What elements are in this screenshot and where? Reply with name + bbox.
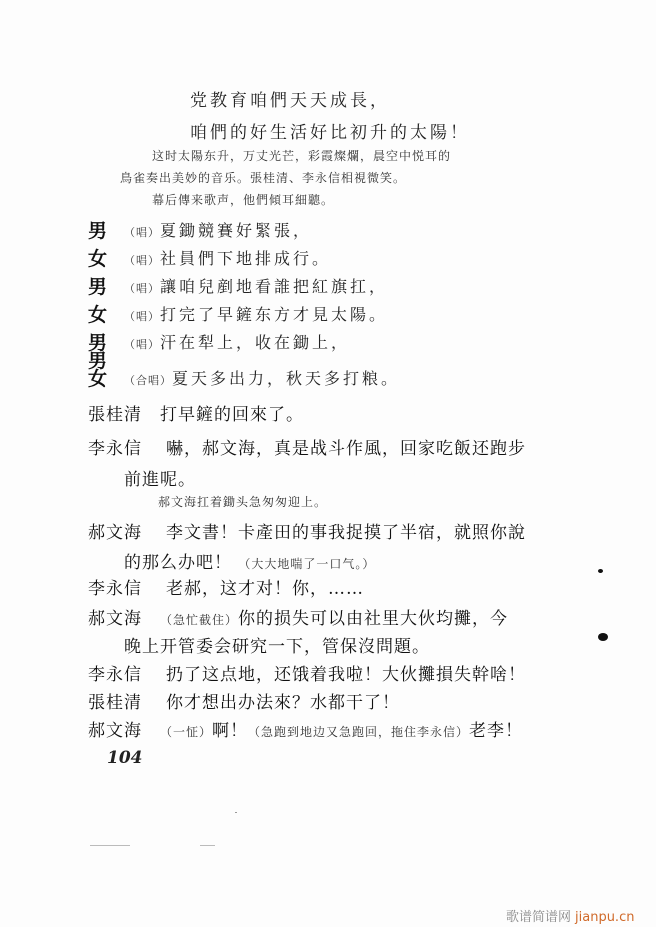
dialogue-speaker: 李永信 xyxy=(88,574,142,599)
dialogue-speaker: 郝文海 xyxy=(88,604,142,629)
dialogue-continuation-direction: （大大地喘了一口气。） xyxy=(238,557,375,571)
stage-direction-line-1: 这时太陽东升，万丈光芒，彩霞燦爛，晨空中悦耳的 xyxy=(152,147,451,164)
dialogue-continuation: 晚上开管委会研究一下，管保沒問題。 xyxy=(124,632,430,657)
dialogue-speaker: 郝文海 xyxy=(88,716,142,741)
watermark-site-name: 歌谱简谱网 xyxy=(506,910,571,925)
dialogue-continuation: 的那么办吧！ （大大地喘了一口气。） xyxy=(124,548,375,573)
dialogue-continuation: 前進呢。 xyxy=(124,465,196,490)
song-text: 打完了早鏟东方才見太陽。 xyxy=(160,305,388,324)
song-line: （唱）夏鋤競賽好緊張， xyxy=(124,218,312,241)
dialogue-speaker: 張桂清 xyxy=(88,400,142,425)
dialogue-text-body: 你的损失可以由社里大伙均攤，今 xyxy=(238,609,508,629)
song-speaker: 女 xyxy=(88,244,107,271)
page-number: 104 xyxy=(107,748,143,768)
song-direction: （合唱） xyxy=(124,374,172,387)
song-text: 汗在犁上，收在鋤上， xyxy=(160,333,350,352)
dialogue-text: 你才想出办法來？水都干了！ xyxy=(166,688,400,713)
scan-speck xyxy=(598,569,603,573)
dialogue-text: （一怔）啊！（急跑到地边又急跑回，拖住李永信）老李！ xyxy=(160,716,523,741)
dialogue-text: 嚇，郝文海，真是战斗作風，回家吃飯还跑步 xyxy=(166,434,526,459)
song-speaker: 女 xyxy=(88,300,107,327)
scan-dust xyxy=(200,845,215,846)
dialogue-speaker: 郝文海 xyxy=(88,518,142,543)
song-direction: （唱） xyxy=(124,254,160,267)
song-direction: （唱） xyxy=(124,226,160,239)
song-text: 讓咱兒剷地看誰把紅旗扛， xyxy=(160,277,388,296)
dialogue-text-body: 老李！ xyxy=(469,721,523,741)
stage-direction-line-3: 幕后傳来歌声，他們傾耳細聽。 xyxy=(152,191,334,208)
scan-dust xyxy=(235,812,237,813)
stage-direction-2: 郝文海扛着鋤头急匆匆迎上。 xyxy=(158,493,327,510)
scan-dust xyxy=(90,845,130,846)
song-speaker: 男 xyxy=(88,216,107,243)
song-line: （合唱）夏天多出力，秋天多打粮。 xyxy=(124,366,400,389)
song-speaker-bottom: 女 xyxy=(88,370,107,388)
dialogue-continuation-text: 的那么办吧！ xyxy=(124,553,232,573)
dialogue-text: 扔了这点地，还饿着我啦！大伙攤損失幹啥！ xyxy=(166,660,526,685)
dialogue-speaker: 張桂清 xyxy=(88,688,142,713)
dialogue-text: 老郝，这才对！你，…… xyxy=(166,574,364,599)
song-line: （唱）汗在犁上，收在鋤上， xyxy=(124,330,350,353)
song-direction: （唱） xyxy=(124,282,160,295)
song-direction: （唱） xyxy=(124,338,160,351)
song-text: 社員們下地排成行。 xyxy=(160,249,331,268)
watermark-domain: jianpu.cn xyxy=(575,910,634,925)
dialogue-speaker: 李永信 xyxy=(88,660,142,685)
dialogue-text-body: 啊！ xyxy=(212,721,248,741)
song-text: 夏天多出力，秋天多打粮。 xyxy=(172,369,400,388)
song-line: （唱）打完了早鏟东方才見太陽。 xyxy=(124,302,388,325)
verse-line-1: 党教育咱們天天成長， xyxy=(190,86,390,111)
song-line: （唱）社員們下地排成行。 xyxy=(124,246,331,269)
dialogue-text: 打早鏟的回來了。 xyxy=(160,400,304,425)
stage-direction-line-2: 鳥雀奏出美妙的音乐。張桂清、李永信相視微笑。 xyxy=(120,169,406,186)
dialogue-direction: （急忙截住） xyxy=(160,613,238,627)
dialogue-direction: （一怔） xyxy=(160,725,212,739)
song-speaker-stacked: 男 女 xyxy=(88,352,107,388)
dialogue-text: （急忙截住）你的损失可以由社里大伙均攤，今 xyxy=(160,604,508,629)
dialogue-direction: （急跑到地边又急跑回，拖住李永信） xyxy=(248,725,469,739)
watermark: 歌谱简谱网jianpu.cn xyxy=(506,906,634,925)
dialogue-speaker: 李永信 xyxy=(88,434,142,459)
scanned-page: 党教育咱們天天成長， 咱們的好生活好比初升的太陽！ 这时太陽东升，万丈光芒，彩霞… xyxy=(0,0,656,927)
song-direction: （唱） xyxy=(124,310,160,323)
song-speaker: 男 xyxy=(88,272,107,299)
dialogue-text: 李文書！卡產田的事我捉摸了半宿，就照你說 xyxy=(166,518,526,543)
song-text: 夏鋤競賽好緊張， xyxy=(160,221,312,240)
verse-line-2: 咱們的好生活好比初升的太陽！ xyxy=(190,118,470,143)
song-line: （唱）讓咱兒剷地看誰把紅旗扛， xyxy=(124,274,388,297)
scan-speck xyxy=(598,633,608,641)
